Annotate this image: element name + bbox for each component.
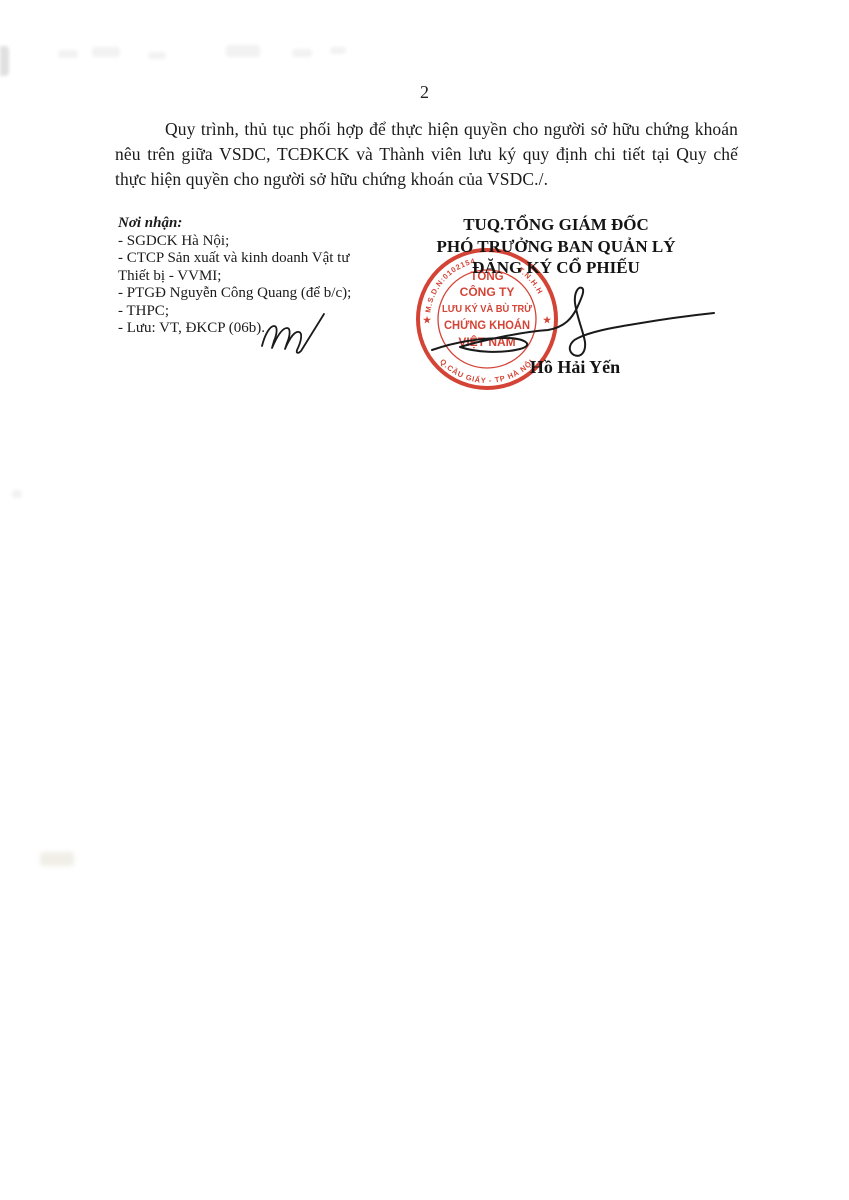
recipient-item: - PTGĐ Nguyễn Công Quang (để b/c);	[118, 285, 366, 303]
recipient-item: - Lưu: VT, ĐKCP (06b).	[118, 320, 366, 338]
signature-title-block: TUQ.TỔNG GIÁM ĐỐC PHÓ TRƯỞNG BAN QUẢN LÝ…	[396, 214, 716, 279]
handwritten-signature	[425, 275, 725, 370]
body-paragraph: Quy trình, thủ tục phối hợp để thực hiện…	[115, 117, 738, 192]
handwritten-initials	[256, 306, 328, 356]
scan-artifact	[12, 490, 22, 498]
recipient-item: - SGDCK Hà Nội;	[118, 233, 366, 251]
scan-artifact	[0, 46, 9, 76]
recipients-block: Nơi nhận: - SGDCK Hà Nội; - CTCP Sản xuấ…	[118, 215, 366, 338]
scan-artifact	[226, 45, 260, 57]
scan-artifact	[148, 52, 166, 59]
scan-artifact	[92, 47, 120, 57]
recipient-item: - THPC;	[118, 303, 366, 321]
page-number: 2	[0, 82, 849, 103]
authority-line: TUQ.TỔNG GIÁM ĐỐC	[396, 214, 716, 236]
recipient-item: - CTCP Sản xuất và kinh doanh Vật tư Thi…	[118, 250, 366, 285]
document-page: 2 Quy trình, thủ tục phối hợp để thực hi…	[0, 0, 849, 1200]
recipients-heading: Nơi nhận:	[118, 215, 366, 233]
scan-artifact	[292, 49, 312, 57]
signer-title-line: PHÓ TRƯỞNG BAN QUẢN LÝ	[396, 236, 716, 258]
scan-artifact	[330, 47, 346, 54]
scan-artifact	[58, 50, 78, 58]
scan-artifact	[40, 852, 74, 866]
